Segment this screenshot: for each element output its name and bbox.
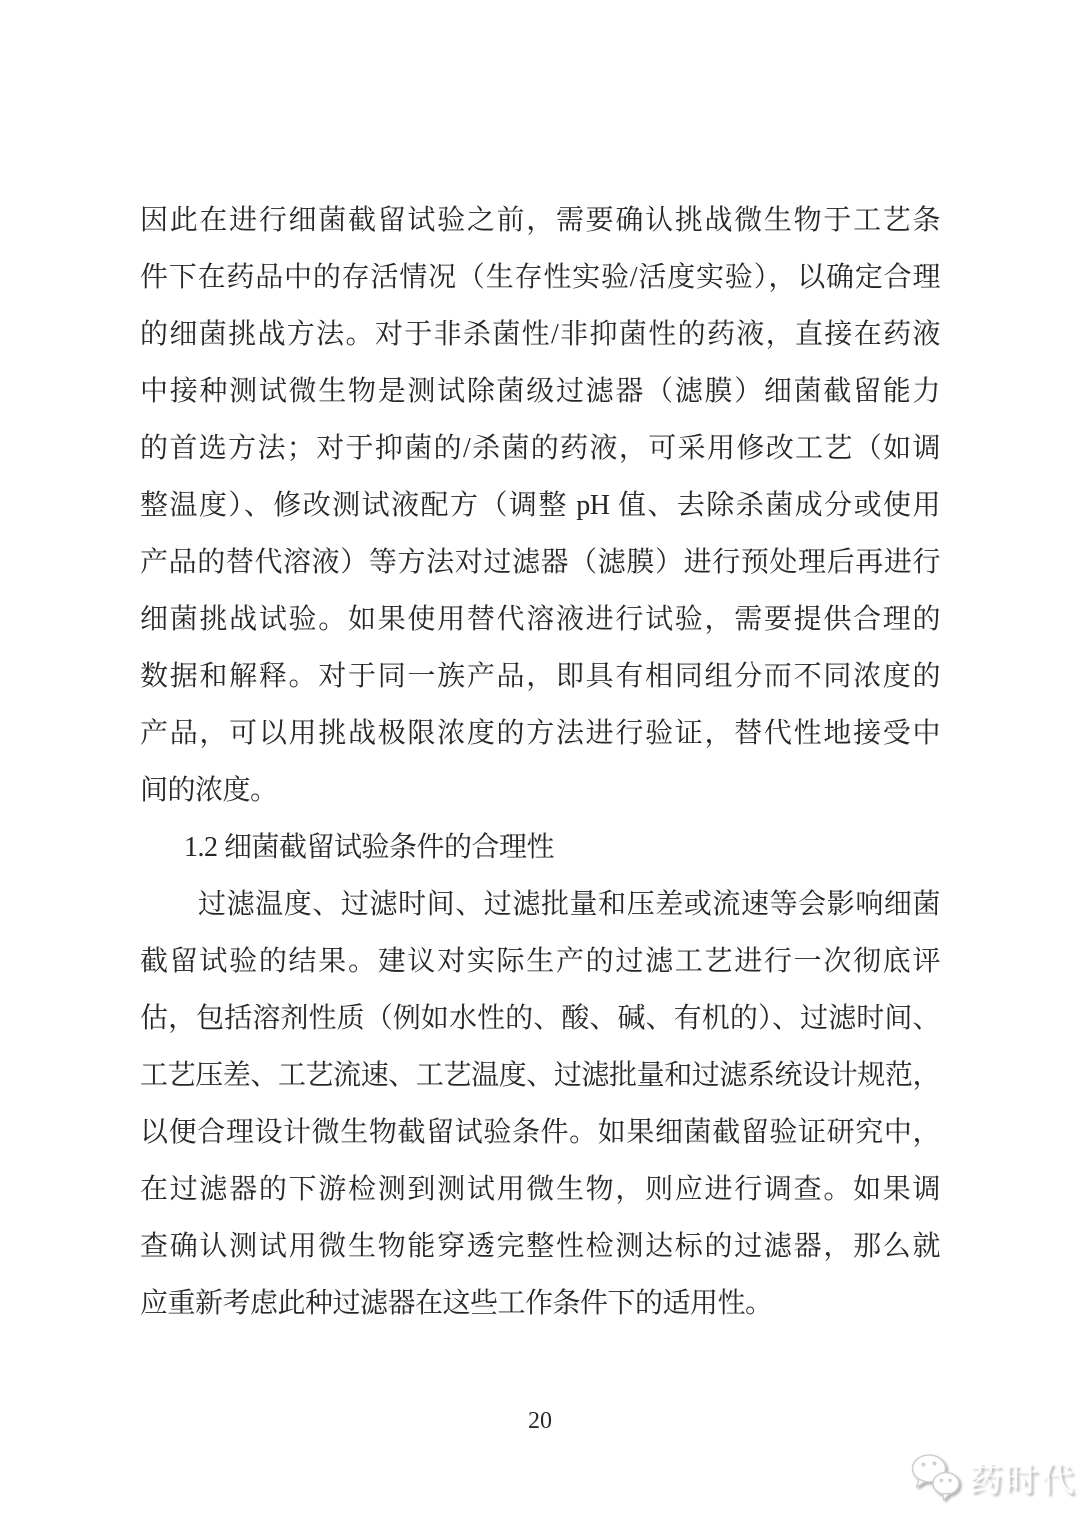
wechat-chat-bubbles-icon: [910, 1452, 962, 1507]
paragraph1-line: 件下在药品中的存活情况（生存性实验/活度实验），以确定合理: [140, 249, 940, 306]
paragraph1-line: 数据和解释。对于同一族产品，即具有相同组分而不同浓度的: [140, 648, 940, 705]
paragraph1-line: 间的浓度。: [140, 762, 940, 819]
paragraph2-line: 工艺压差、工艺流速、工艺温度、过滤批量和过滤系统设计规范，: [140, 1047, 940, 1104]
paragraph1-line: 产品，可以用挑战极限浓度的方法进行验证，替代性地接受中: [140, 705, 940, 762]
page-number: 20: [0, 1406, 1080, 1436]
section-heading: 1.2 细菌截留试验条件的合理性: [140, 819, 940, 876]
paragraph2-line: 估，包括溶剂性质（例如水性的、酸、碱、有机的）、过滤时间、: [140, 990, 940, 1047]
paragraph2-line: 截留试验的结果。建议对实际生产的过滤工艺进行一次彻底评: [140, 933, 940, 990]
paragraph2-line: 查确认测试用微生物能穿透完整性检测达标的过滤器，那么就: [140, 1218, 940, 1275]
paragraph2-line: 过滤温度、过滤时间、过滤批量和压差或流速等会影响细菌: [140, 876, 940, 933]
paragraph1-line: 中接种测试微生物是测试除菌级过滤器（滤膜）细菌截留能力: [140, 363, 940, 420]
paragraph1-line: 产品的替代溶液）等方法对过滤器（滤膜）进行预处理后再进行: [140, 534, 940, 591]
paragraph1-line: 的细菌挑战方法。对于非杀菌性/非抑菌性的药液，直接在药液: [140, 306, 940, 363]
paragraph2-line: 在过滤器的下游检测到测试用微生物，则应进行调查。如果调: [140, 1161, 940, 1218]
document-page: 因此在进行细菌截留试验之前，需要确认挑战微生物于工艺条 件下在药品中的存活情况（…: [0, 0, 1080, 1527]
paragraph1-line: 整温度）、修改测试液配方（调整 pH 值、去除杀菌成分或使用: [140, 477, 940, 534]
paragraph1-line: 因此在进行细菌截留试验之前，需要确认挑战微生物于工艺条: [140, 192, 940, 249]
paragraph2-line: 以便合理设计微生物截留试验条件。如果细菌截留验证研究中，: [140, 1104, 940, 1161]
paragraph2-line: 应重新考虑此种过滤器在这些工作条件下的适用性。: [140, 1275, 940, 1332]
watermark: 药时代: [910, 1452, 1077, 1507]
paragraph1-line: 的首选方法；对于抑菌的/杀菌的药液，可采用修改工艺（如调: [140, 420, 940, 477]
paragraph1-line: 细菌挑战试验。如果使用替代溶液进行试验，需要提供合理的: [140, 591, 940, 648]
document-body: 因此在进行细菌截留试验之前，需要确认挑战微生物于工艺条 件下在药品中的存活情况（…: [140, 192, 940, 1332]
watermark-brand-text: 药时代: [969, 1456, 1077, 1504]
